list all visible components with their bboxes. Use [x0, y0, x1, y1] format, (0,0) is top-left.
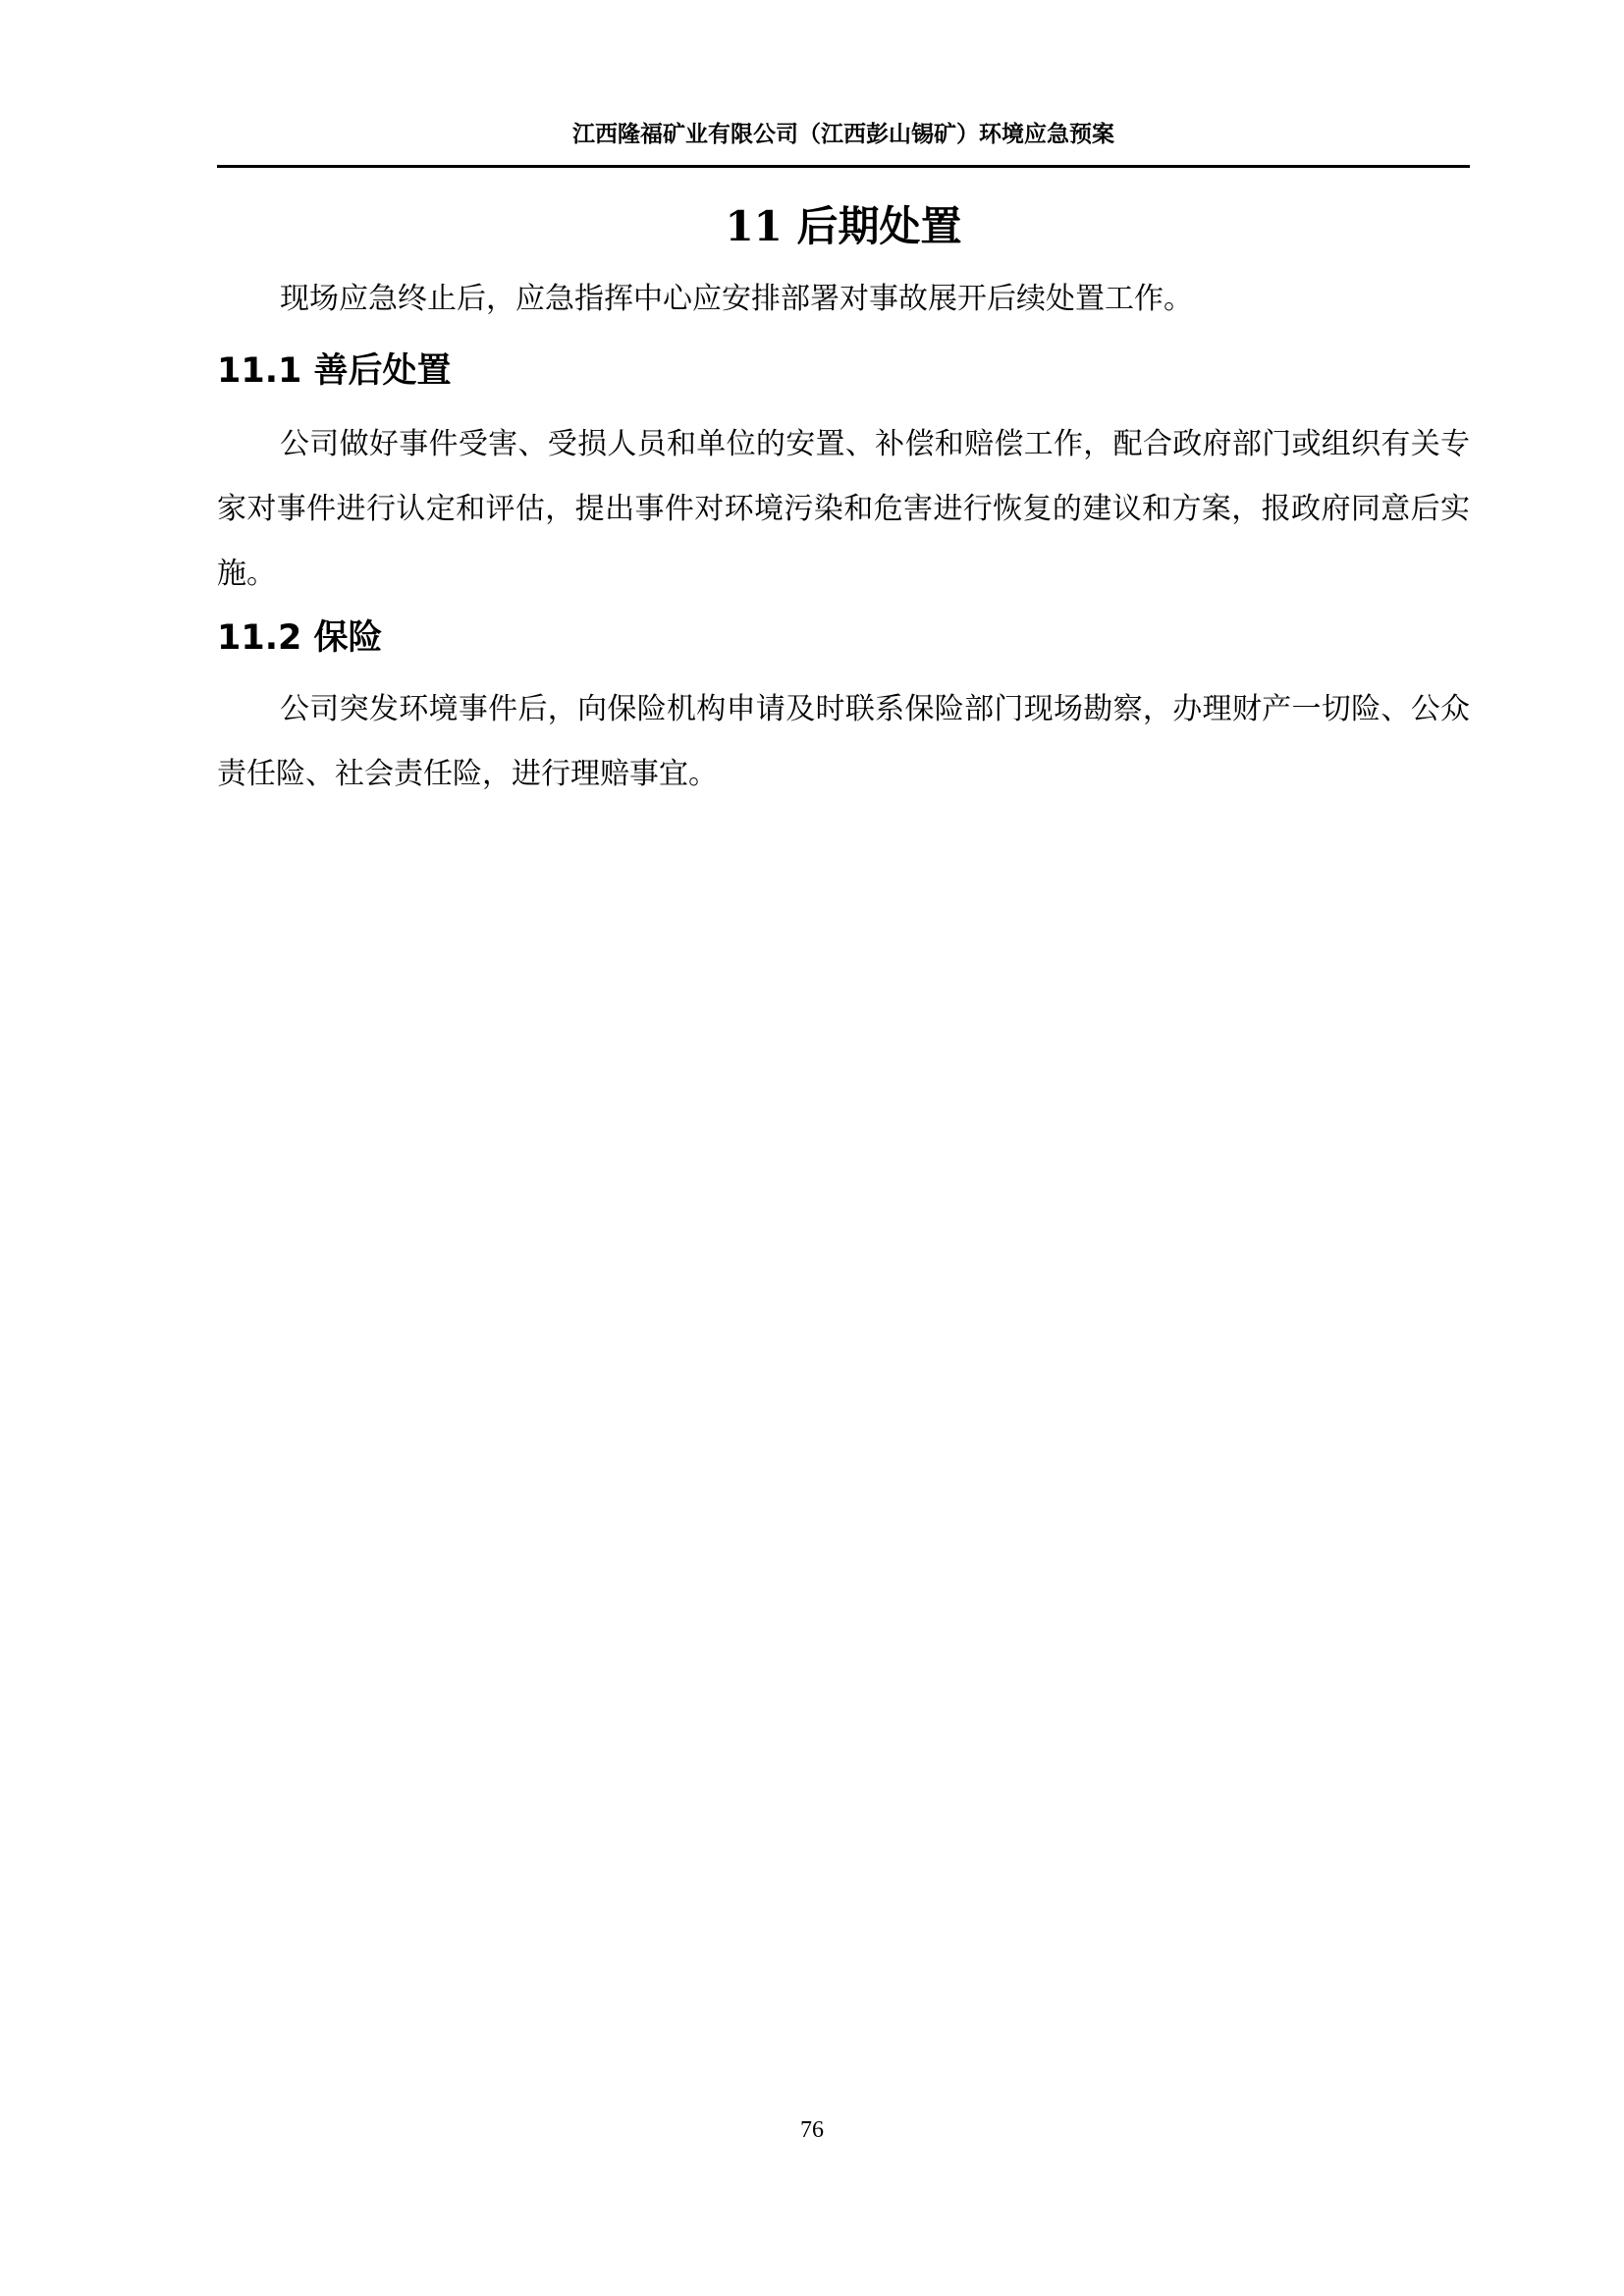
header-rule — [217, 165, 1470, 168]
section-11-1-paragraph: 公司做好事件受害、受损人员和单位的安置、补偿和赔偿工作，配合政府部门或组织有关专… — [217, 412, 1470, 607]
page-number: 76 — [0, 2117, 1624, 2144]
running-header-title: 江西隆福矿业有限公司（江西彭山锡矿）环境应急预案 — [217, 116, 1470, 148]
section-heading-11-2: 11.2 保险 — [217, 611, 383, 660]
section-11-2-paragraph: 公司突发环境事件后，向保险机构申请及时联系保险部门现场勘察，办理财产一切险、公众… — [217, 677, 1470, 807]
chapter-title: 11 后期处置 — [217, 194, 1470, 253]
section-heading-11-1: 11.1 善后处置 — [217, 344, 452, 393]
chapter-intro-paragraph: 现场应急终止后，应急指挥中心应安排部署对事故展开后续处置工作。 — [217, 267, 1470, 332]
